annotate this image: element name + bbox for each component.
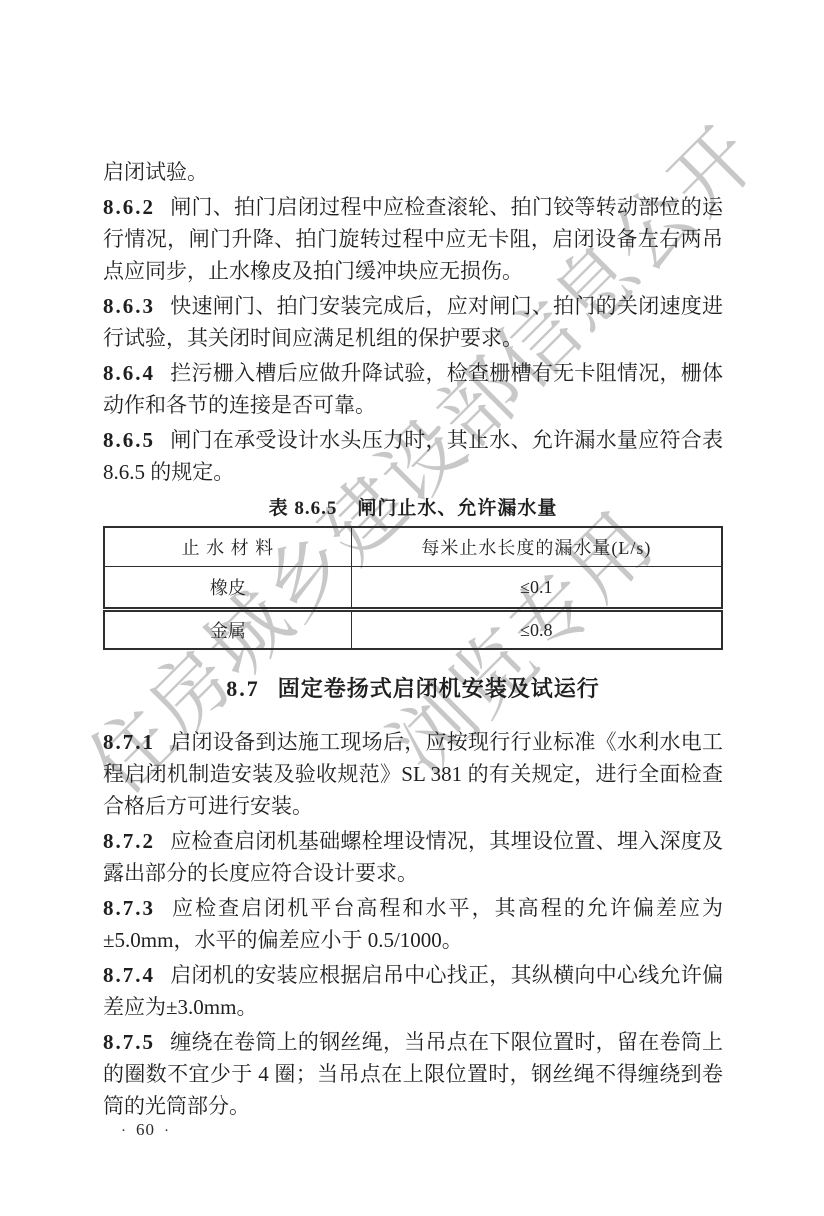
table-row: 橡皮 ≤0.1 xyxy=(104,567,722,610)
clause-text: 缠绕在卷筒上的钢丝绳，当吊点在下限位置时，留在卷筒上的圈数不宜少于 4 圈；当吊… xyxy=(103,1030,723,1118)
table-row: 金属 ≤0.8 xyxy=(104,610,722,650)
footer-page-number: 60 xyxy=(136,1120,155,1139)
paragraph-8-7-2: 8.7.2应检查启闭机基础螺栓埋设情况，其埋设位置、埋入深度及露出部分的长度应符… xyxy=(103,825,723,889)
clause-number: 8.7.4 xyxy=(103,963,155,987)
section-title: 固定卷扬式启闭机安装及试运行 xyxy=(278,676,600,701)
paragraph-8-7-5: 8.7.5缠绕在卷筒上的钢丝绳，当吊点在下限位置时，留在卷筒上的圈数不宜少于 4… xyxy=(103,1026,723,1122)
clause-number: 8.7.3 xyxy=(103,896,155,920)
clause-text: 拦污栅入槽后应做升降试验，检查栅槽有无卡阻情况，栅体动作和各节的连接是否可靠。 xyxy=(103,361,723,417)
clause-text: 闸门在承受设计水头压力时，其止水、允许漏水量应符合表 8.6.5 的规定。 xyxy=(103,428,723,484)
footer-dot: · xyxy=(121,1123,127,1139)
clause-text: 应检查启闭机基础螺栓埋设情况，其埋设位置、埋入深度及露出部分的长度应符合设计要求… xyxy=(103,829,723,885)
clause-number: 8.6.3 xyxy=(103,294,155,318)
leakage-allowance-table: 止 水 材 料 每米止水长度的漏水量(L/s) 橡皮 ≤0.1 金属 ≤0.8 xyxy=(103,526,723,650)
paragraph-continuation: 启闭试验。 xyxy=(103,156,723,188)
clause-text: 启闭机的安装应根据启吊中心找正，其纵横向中心线允许偏差应为±3.0mm。 xyxy=(103,963,723,1019)
clause-text: 应检查启闭机平台高程和水平，其高程的允许偏差应为±5.0mm，水平的偏差应小于 … xyxy=(103,896,723,952)
table-cell-leakage: ≤0.1 xyxy=(351,567,722,610)
table-cell-leakage: ≤0.8 xyxy=(351,610,722,650)
table-cell-material: 金属 xyxy=(104,610,351,650)
clause-number: 8.7.2 xyxy=(103,829,155,853)
table-cell-material: 橡皮 xyxy=(104,567,351,610)
clause-text: 启闭设备到达施工现场后，应按现行行业标准《水利水电工程启闭机制造安装及验收规范》… xyxy=(103,730,723,818)
table-header-leakage: 每米止水长度的漏水量(L/s) xyxy=(351,527,722,567)
clause-number: 8.7.1 xyxy=(103,730,155,754)
clause-text: 快速闸门、拍门安装完成后，应对闸门、拍门的关闭速度进行试验，其关闭时间应满足机组… xyxy=(103,294,723,350)
table-caption: 表 8.6.5 闸门止水、允许漏水量 xyxy=(103,496,723,522)
clause-text: 闸门、拍门启闭过程中应检查滚轮、拍门铰等转动部位的运行情况，闸门升降、拍门旋转过… xyxy=(103,195,723,283)
page-content: 启闭试验。 8.6.2闸门、拍门启闭过程中应检查滚轮、拍门铰等转动部位的运行情况… xyxy=(103,156,723,1122)
document-page: 住房城乡建设部信息公开 浏览专用 启闭试验。 8.6.2闸门、拍门启闭过程中应检… xyxy=(0,0,824,1216)
paragraph-8-6-4: 8.6.4拦污栅入槽后应做升降试验，检查栅槽有无卡阻情况，栅体动作和各节的连接是… xyxy=(103,357,723,421)
footer-dot: · xyxy=(164,1123,170,1139)
page-number: ·60· xyxy=(112,1120,179,1140)
table-header-material: 止 水 材 料 xyxy=(104,527,351,567)
paragraph-8-7-1: 8.7.1启闭设备到达施工现场后，应按现行行业标准《水利水电工程启闭机制造安装及… xyxy=(103,726,723,822)
clause-number: 8.7.5 xyxy=(103,1030,155,1054)
clause-number: 8.6.5 xyxy=(103,428,155,452)
paragraph-8-6-5: 8.6.5闸门在承受设计水头压力时，其止水、允许漏水量应符合表 8.6.5 的规… xyxy=(103,424,723,488)
clause-text: 启闭试验。 xyxy=(103,160,208,184)
clause-number: 8.6.2 xyxy=(103,195,155,219)
section-number: 8.7 xyxy=(226,676,260,701)
clause-number: 8.6.4 xyxy=(103,361,155,385)
paragraph-8-7-4: 8.7.4启闭机的安装应根据启吊中心找正，其纵横向中心线允许偏差应为±3.0mm… xyxy=(103,959,723,1023)
table-header-row: 止 水 材 料 每米止水长度的漏水量(L/s) xyxy=(104,527,722,567)
paragraph-8-6-3: 8.6.3快速闸门、拍门安装完成后，应对闸门、拍门的关闭速度进行试验，其关闭时间… xyxy=(103,290,723,354)
section-heading-8-7: 8.7固定卷扬式启闭机安装及试运行 xyxy=(103,676,723,702)
paragraph-8-6-2: 8.6.2闸门、拍门启闭过程中应检查滚轮、拍门铰等转动部位的运行情况，闸门升降、… xyxy=(103,191,723,287)
paragraph-8-7-3: 8.7.3应检查启闭机平台高程和水平，其高程的允许偏差应为±5.0mm，水平的偏… xyxy=(103,892,723,956)
